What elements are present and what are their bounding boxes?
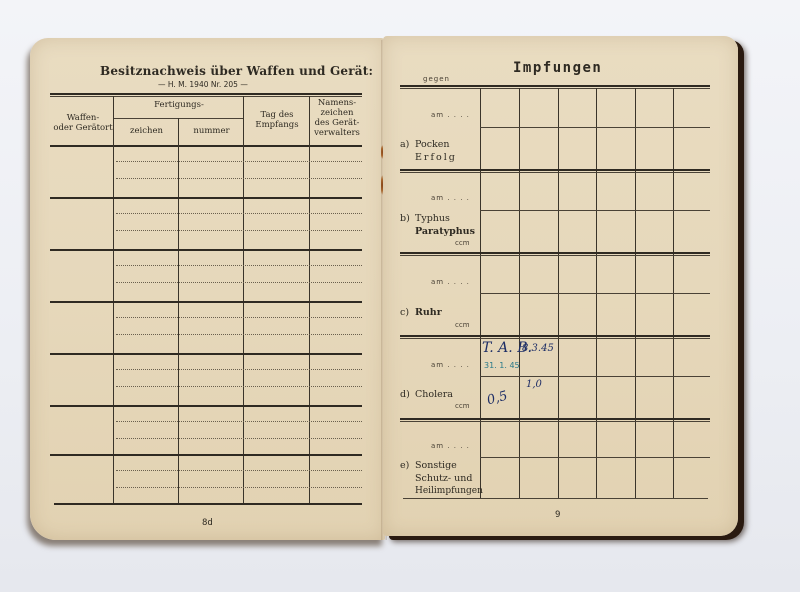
row-rule: [50, 405, 362, 407]
col-header-date-received: Tag desEmpfangs: [244, 110, 310, 130]
row-rule: [50, 353, 362, 355]
col-divider-4: [309, 96, 310, 504]
col-divider-1: [113, 96, 114, 504]
table-bottom-rule: [54, 503, 362, 505]
gegen-label: gegen: [423, 75, 450, 83]
table-top-rule-thin: [50, 96, 362, 97]
col-header-weapon-type: Waffen-oder Gerätort: [52, 113, 114, 133]
handwritten-dose-2: 1,0: [526, 379, 542, 390]
col-header-nummer: nummer: [179, 126, 244, 136]
row-rule: [50, 249, 362, 251]
table-top-rule: [400, 85, 710, 87]
header-bottom-rule: [50, 145, 362, 147]
col-divider-2: [178, 118, 179, 504]
table-top-rule-thin: [400, 88, 710, 89]
col-header-signature: Namens-zeichen des Gerät-verwalters: [310, 98, 364, 138]
col-divider-3: [243, 96, 244, 504]
header-sub-rule: [114, 118, 244, 119]
col-header-fertigungs: Fertigungs-: [114, 100, 244, 110]
left-page: Besitznachweis über Waffen und Gerät: — …: [30, 38, 385, 540]
left-page-number: 8d: [202, 518, 213, 528]
stamp-date: 31. 1. 45: [484, 361, 520, 370]
handwritten-date: 8.3.45: [522, 343, 554, 354]
right-page-title: Impfungen: [513, 60, 602, 76]
table-top-rule: [50, 93, 362, 95]
right-page-number: 9: [555, 510, 560, 520]
handwritten-dose-1: 0,5: [485, 389, 509, 409]
left-page-subtitle: — H. M. 1940 Nr. 205 —: [158, 80, 248, 89]
row-rule: [50, 197, 362, 199]
row-rule: [50, 301, 362, 303]
right-page: Impfungen gegen am . . . . a) Pocken Erf…: [383, 36, 738, 536]
row-rule: [50, 454, 362, 456]
col-header-zeichen: zeichen: [114, 126, 179, 136]
left-page-title: Besitznachweis über Waffen und Gerät:: [100, 64, 373, 78]
